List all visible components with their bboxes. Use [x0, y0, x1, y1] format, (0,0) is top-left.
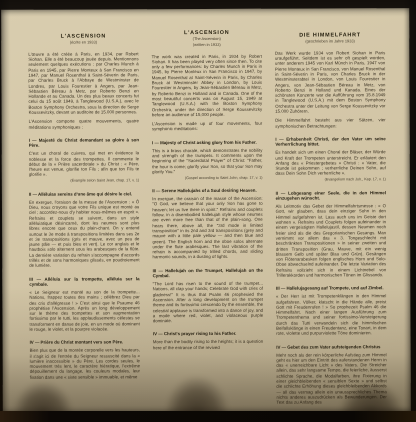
movement-body: « Der Herr ist mit Trompetenklängen in d…: [276, 293, 387, 336]
movement-heading: IV — Gebet des zum Vater aufsteigenden C…: [276, 344, 386, 350]
movement-body: More than the bodily rising to the heigh…: [153, 339, 263, 350]
movement-body: Es handelt sich um einen Choral der Bläs…: [275, 149, 385, 176]
column-subtitle: (geschrieben im Jahre 1933): [275, 39, 385, 44]
movement-body: Mehr noch als der rein körperliche Aufst…: [276, 352, 387, 405]
movement-heading: III — Alléluia sur la trompette, allélui…: [29, 276, 139, 287]
movement-heading: II — Lobgesang einer Seele, die in den H…: [276, 190, 386, 201]
movement-heading: II — Alléluias sereins d'une âme qui dés…: [29, 191, 139, 197]
movement-body: Als Leitmotiv das Gebet der Himmelfahrts…: [276, 203, 387, 278]
column-french: L'ASCENSION (écrite en 1933) L'œuvre a é…: [28, 30, 140, 412]
movement-heading: III — Hallelujah on the Trumpet, Hallelu…: [153, 267, 263, 278]
movement-heading: I — Majesty of Christ asking glory from …: [152, 140, 262, 146]
movement-heading: IV — Prière du Christ montant vers son P…: [30, 340, 140, 346]
movement-heading: I — Erhabenheit Christi, der den Vater u…: [275, 136, 385, 147]
movement-body: Bien plus que de la montée corporelle ve…: [30, 347, 140, 379]
intro-paragraph: L'Ascension is made up of four movements…: [152, 121, 262, 132]
movement-heading: IV — Christ's prayer rising to his Fathe…: [153, 331, 263, 337]
intro-paragraph: The work was created in Paris, in 1934 b…: [152, 53, 263, 117]
intro-paragraph: L'Ascension comporte quatre mouvements, …: [29, 119, 139, 130]
record-sleeve-back: L'ASCENSION (écrite en 1933) L'œuvre a é…: [1, 8, 411, 413]
movement-body: C'est un choral de cuivres, qui met en é…: [29, 151, 139, 178]
intro-paragraph: Die Himmelfahrt besteht aus vier Sätzen,…: [275, 118, 385, 129]
scripture-citation: (Gospel according to Saint John, chap. 1…: [152, 175, 262, 180]
table-surface-edge: [0, 411, 416, 422]
column-subtitle: (written in 1933): [152, 43, 262, 48]
movement-heading: II — Serene Hallelujahs of a Soul desiri…: [152, 188, 262, 194]
scripture-citation: (Evangelium nach Joh., Kap. 17, v. 1): [276, 177, 386, 182]
movement-heading: III — Hallelujagesang auf Trompete, und …: [276, 286, 386, 292]
photo-background: L'ASCENSION (écrite en 1933) L'œuvre a é…: [0, 0, 416, 422]
movement-body: « Le Seigneur est monté au son de la tro…: [29, 289, 140, 332]
scripture-citation: (Évangile selon Saint Jean, chap. 17, v.…: [29, 179, 139, 184]
column-german: DIE HIMMELFAHRT (geschrieben im Jahre 19…: [275, 29, 387, 411]
movement-body: In exergue, the oraison of the masse of …: [152, 196, 263, 260]
intro-paragraph: L'œuvre a été créée à Paris, en 1934, pa…: [28, 51, 139, 115]
intro-paragraph: Das Werk wurde 1934 von Robert Siohan in…: [275, 50, 386, 114]
column-english: L'ASCENSION (The Ascension) (written in …: [152, 30, 264, 412]
movement-body: This is a brass chorale, which demonstra…: [152, 147, 262, 174]
movement-heading: I — Majesté du Christ demandant sa gloir…: [29, 137, 139, 148]
movement-body: "The Lord has risen to the sound of the …: [153, 281, 264, 324]
column-subtitle: (écrite en 1933): [28, 40, 138, 45]
movement-body: En exergue, l'oraison de la messe de l'A…: [29, 199, 140, 268]
